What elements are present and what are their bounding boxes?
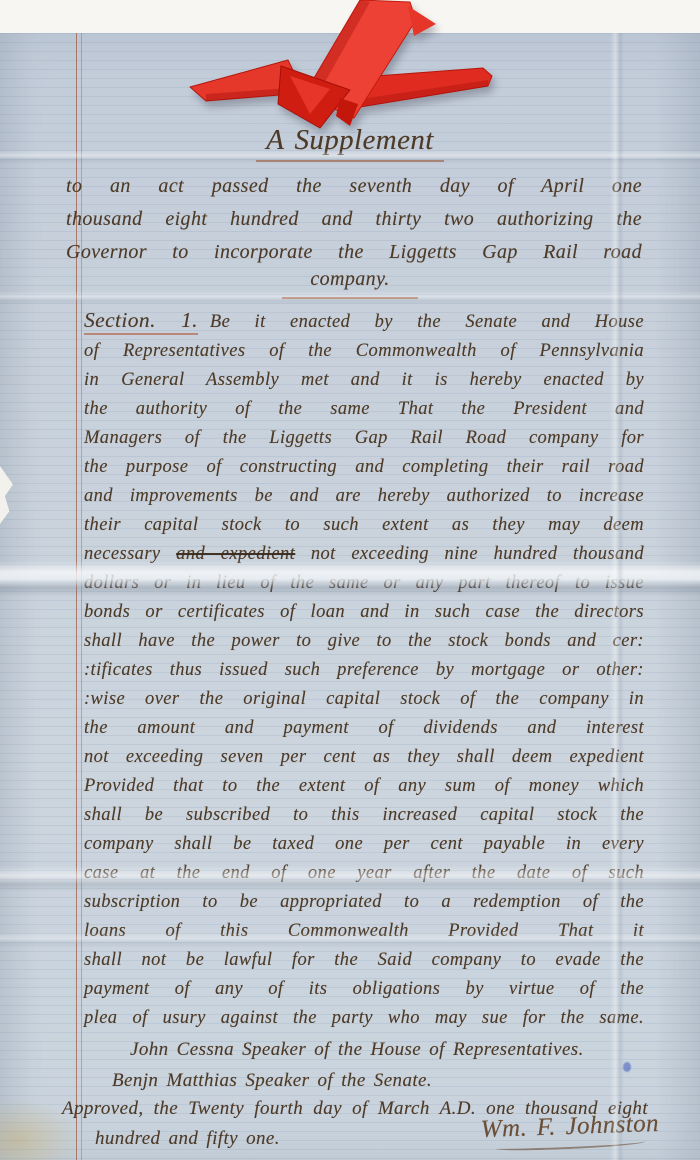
manuscript-line: and improvements be and are hereby autho…: [84, 482, 644, 511]
manuscript-line: case at the end of one year after the da…: [84, 859, 644, 888]
manuscript-line: :wise over the original capital stock of…: [84, 685, 644, 714]
manuscript-line: shall be subscribed to this increased ca…: [84, 801, 644, 830]
manuscript-line: their capital stock to such extent as th…: [84, 511, 644, 540]
manuscript-line: Section. 1.Be it enacted by the Senate a…: [84, 306, 644, 337]
manuscript-line: shall not be lawful for the Said company…: [84, 946, 644, 975]
manuscript-line: necessary and expedient not exceeding ni…: [84, 540, 644, 569]
manuscript-line: the purpose of constructing and completi…: [84, 453, 644, 482]
manuscript-line: the authority of the same That the Presi…: [84, 395, 644, 424]
manuscript-line: Managers of the Liggetts Gap Rail Road c…: [84, 424, 644, 453]
preamble: to an act passed the seventh day of Apri…: [66, 170, 642, 269]
manuscript-line: :tificates thus issued such preference b…: [84, 656, 644, 685]
preamble-line: to an act passed the seventh day of Apri…: [66, 170, 642, 203]
attestation-line: John Cessna Speaker of the House of Repr…: [84, 1034, 650, 1065]
approval-line: hundred and fifty one.: [95, 1128, 280, 1150]
manuscript-page: A Supplement to an act passed the sevent…: [0, 0, 700, 1160]
preamble-line: Governor to incorporate the Liggetts Gap…: [66, 236, 642, 269]
struck-text: and expedient: [176, 544, 295, 564]
preamble-line: thousand eight hundred and thirty two au…: [66, 203, 642, 236]
blue-ink-dot: [623, 1062, 631, 1072]
attestations: John Cessna Speaker of the House of Repr…: [84, 1034, 650, 1096]
signature-text: Wm. F. Johnston: [480, 1110, 659, 1143]
manuscript-line: of Representatives of the Commonwealth o…: [84, 337, 644, 366]
body-lines: of Representatives of the Commonwealth o…: [84, 337, 644, 1033]
manuscript-line: company shall be taxed one per cent paya…: [84, 830, 644, 859]
red-ribbon: [158, 0, 518, 148]
manuscript-text: not exceeding nine hundred thousand: [295, 544, 644, 564]
section-label: Section. 1.: [84, 308, 198, 335]
manuscript-text: Be it enacted by the Senate and House: [210, 312, 644, 332]
manuscript-line: shall have the power to give to the stoc…: [84, 627, 644, 656]
attestation-line: Benjn Matthias Speaker of the Senate.: [84, 1065, 650, 1096]
manuscript-line: payment of any of its obligations by vir…: [84, 975, 644, 1004]
manuscript-text: necessary: [84, 544, 176, 564]
manuscript-line: Provided that to the extent of any sum o…: [84, 772, 644, 801]
manuscript-line: subscription to be appropriated to a red…: [84, 888, 644, 917]
manuscript-line: plea of usury against the party who may …: [84, 1004, 644, 1033]
manuscript-line: loans of this Commonwealth Provided That…: [84, 917, 644, 946]
manuscript-line: the amount and payment of dividends and …: [84, 714, 644, 743]
manuscript-line: dollars or in lieu of the same or any pa…: [84, 569, 644, 598]
manuscript-line: bonds or certificates of loan and in suc…: [84, 598, 644, 627]
section-paragraph: Section. 1.Be it enacted by the Senate a…: [84, 306, 644, 1033]
company-word: company.: [282, 268, 417, 299]
manuscript-line: not exceeding seven per cent as they sha…: [84, 743, 644, 772]
manuscript-line: in General Assembly met and it is hereby…: [84, 366, 644, 395]
preamble-last-line: company.: [0, 268, 700, 299]
ribbon-frayed-end: [408, 6, 436, 36]
